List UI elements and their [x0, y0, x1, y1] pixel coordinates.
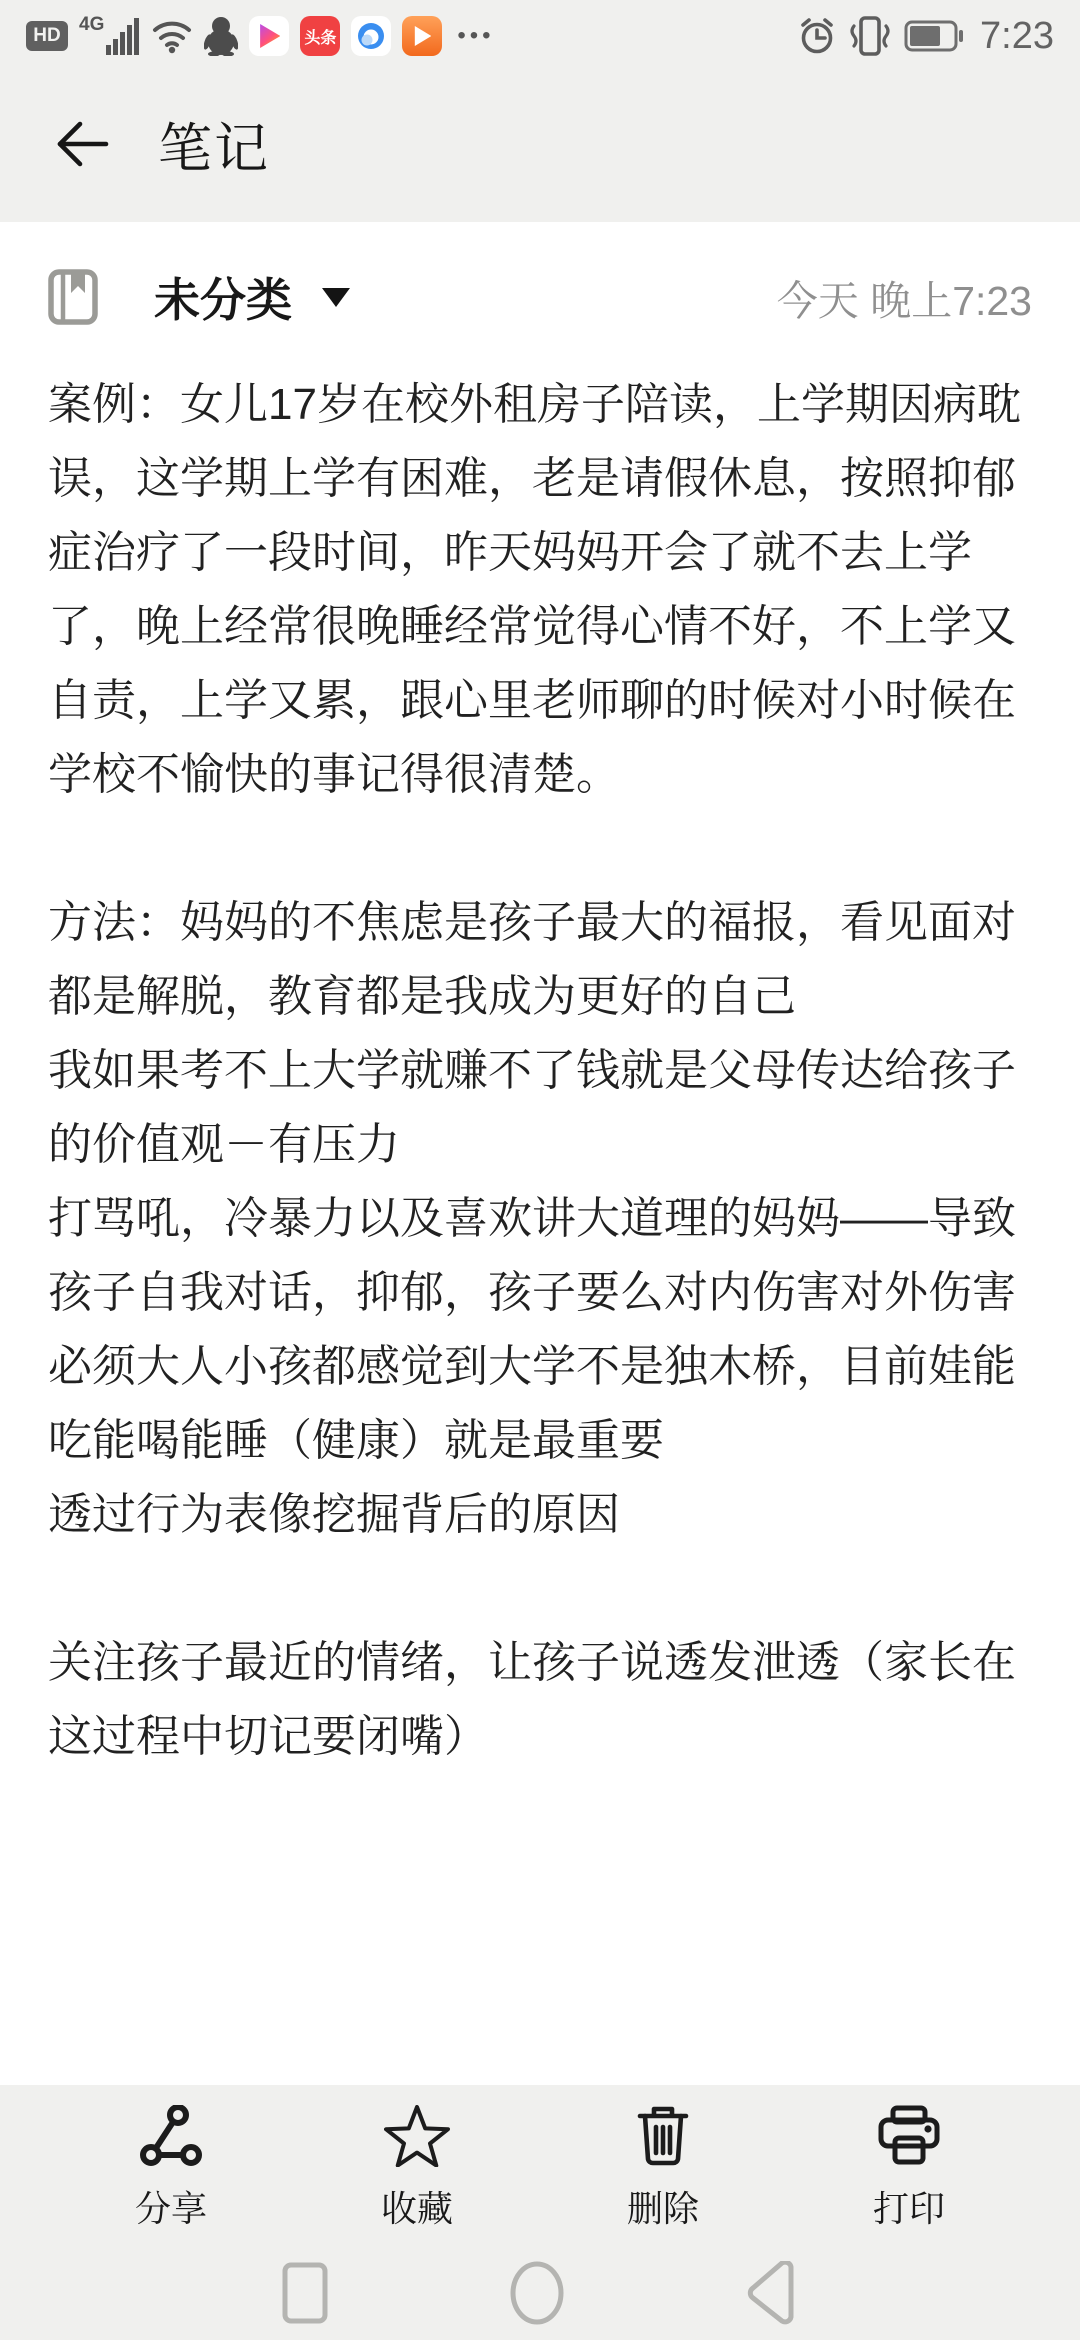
play-white-icon: [413, 26, 431, 46]
share-label: 分享: [135, 2181, 207, 2232]
note-body[interactable]: 案例：女儿17岁在校外租房子陪读，上学期因病耽误，这学期上学有困难，老是请假休息…: [48, 368, 1032, 1774]
bottom-panel: 分享 收藏 删除: [0, 2085, 1080, 2340]
favorite-label: 收藏: [381, 2181, 453, 2232]
home-button[interactable]: [510, 2261, 564, 2325]
recents-button[interactable]: [282, 2262, 328, 2324]
printer-icon: [876, 2105, 942, 2167]
note-timestamp: 今天 晚上7:23: [777, 268, 1032, 327]
status-right-cluster: 7:23: [798, 15, 1054, 58]
back-arrow-icon[interactable]: [54, 120, 112, 168]
trash-icon: [632, 2105, 694, 2167]
note-paragraph: 打骂吼，冷暴力以及喜欢讲大道理的妈妈——导致孩子自我对话，抑郁，孩子要么对内伤害…: [48, 1182, 1032, 1330]
network-type-label: 4G: [79, 17, 104, 33]
note-view: 未分类 今天 晚上7:23 案例：女儿17岁在校外租房子陪读，上学期因病耽误，这…: [0, 222, 1080, 2085]
hd-icon: HD: [26, 21, 68, 51]
category-selector-label[interactable]: 未分类: [154, 264, 292, 330]
note-paragraph: 方法：妈妈的不焦虑是孩子最大的福报，看见面对都是解脱，教育都是我成为更好的自己: [48, 886, 1032, 1034]
clock-time: 7:23: [980, 15, 1054, 58]
qq-browser-logo-icon: [355, 20, 387, 52]
qq-browser-app-icon: [351, 16, 391, 56]
status-left-cluster: HD 4G: [26, 16, 495, 56]
vibrate-icon: [848, 16, 892, 56]
delete-label: 删除: [627, 2181, 699, 2232]
note-paragraph: 关注孩子最近的情绪，让孩子说透发泄透（家长在这过程中切记要闭嘴）: [48, 1626, 1032, 1774]
status-bar: HD 4G: [0, 0, 1080, 66]
delete-button[interactable]: 删除: [540, 2105, 786, 2232]
page-title: 笔记: [158, 106, 270, 183]
share-icon: [138, 2105, 204, 2167]
cellular-signal-icon: 4G: [79, 17, 140, 55]
battery-icon: [904, 19, 964, 53]
note-paragraph: [48, 812, 1032, 886]
notebook-icon: [48, 269, 98, 325]
video-app-icon: [249, 16, 289, 56]
note-paragraph: [48, 1552, 1032, 1626]
chevron-down-icon[interactable]: [322, 288, 350, 307]
note-paragraph: 必须大人小孩都感觉到大学不是独木桥，目前娃能吃能喝能睡（健康）就是最重要: [48, 1330, 1032, 1478]
action-toolbar: 分享 收藏 删除: [0, 2085, 1080, 2232]
note-meta-row: 未分类 今天 晚上7:23: [48, 268, 1032, 326]
share-button[interactable]: 分享: [48, 2105, 294, 2232]
notification-overflow-icon: •••: [457, 22, 494, 50]
note-paragraph: 透过行为表像挖掘背后的原因: [48, 1478, 1032, 1552]
note-paragraph: 案例：女儿17岁在校外租房子陪读，上学期因病耽误，这学期上学有困难，老是请假休息…: [48, 368, 1032, 812]
play-gradient-icon: [258, 24, 280, 48]
android-nav-bar: [0, 2253, 1080, 2333]
signal-bars-icon: [106, 17, 140, 55]
wifi-icon: [151, 17, 193, 55]
video-orange-app-icon: [402, 16, 442, 56]
print-label: 打印: [873, 2181, 945, 2232]
alarm-icon: [798, 17, 836, 55]
note-paragraph: 我如果考不上大学就赚不了钱就是父母传达给孩子的价值观－有压力: [48, 1034, 1032, 1182]
toutiao-label: 头条: [304, 25, 336, 48]
toutiao-app-icon: 头条: [300, 16, 340, 56]
print-button[interactable]: 打印: [786, 2105, 1032, 2232]
favorite-button[interactable]: 收藏: [294, 2105, 540, 2232]
qq-penguin-icon: [204, 16, 238, 56]
app-header: 笔记: [0, 66, 1080, 222]
star-icon: [384, 2105, 450, 2167]
back-button[interactable]: [746, 2261, 798, 2325]
